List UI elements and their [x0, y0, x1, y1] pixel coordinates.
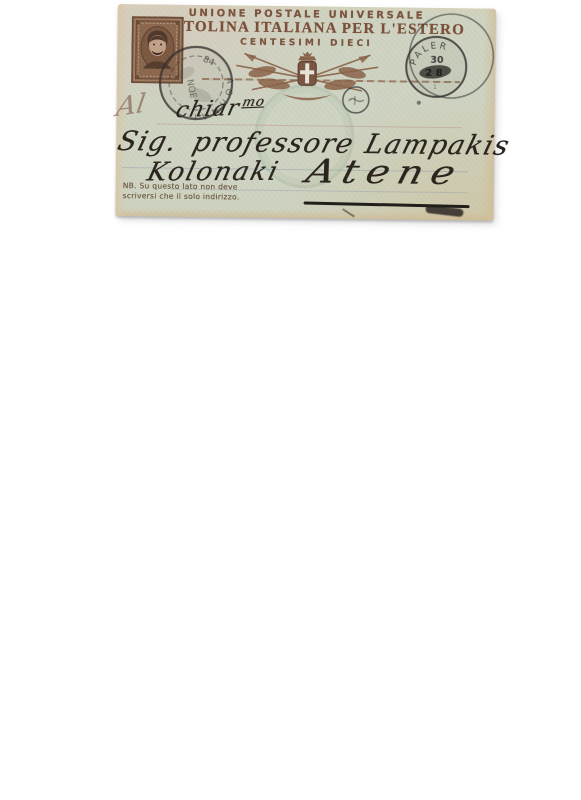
postmark-right-smudged-digits: 2 8: [425, 68, 443, 79]
handwritten-salutation: chiarmo: [173, 95, 266, 124]
small-circular-mark: [341, 85, 371, 115]
stray-ink-mark: [342, 208, 355, 217]
footnote-line-2: scriversi che il solo indirizzo.: [123, 191, 240, 203]
printed-footnote: NB. Su questo lato non deve scriversi ch…: [123, 181, 240, 203]
postcard: UNIONE POSTALE UNIVERSALE CARTOLINA ITAL…: [115, 4, 496, 221]
palermo-dispatch-postmark: PALER 30 2 8 1: [389, 9, 496, 116]
addressee-title: Sig.: [114, 126, 181, 158]
handwritten-city: Atene: [302, 151, 468, 192]
postmark-right-small-text: 1: [433, 84, 437, 91]
scanned-page: UNIONE POSTALE UNIVERSALE CARTOLINA ITAL…: [0, 0, 581, 800]
postmark-right-day: 30: [430, 55, 444, 66]
crown: [298, 56, 316, 60]
salutation-word: chiar: [173, 96, 242, 123]
handwritten-salutation-prefix: Al: [114, 88, 147, 123]
salutation-superscript: mo: [241, 95, 267, 111]
